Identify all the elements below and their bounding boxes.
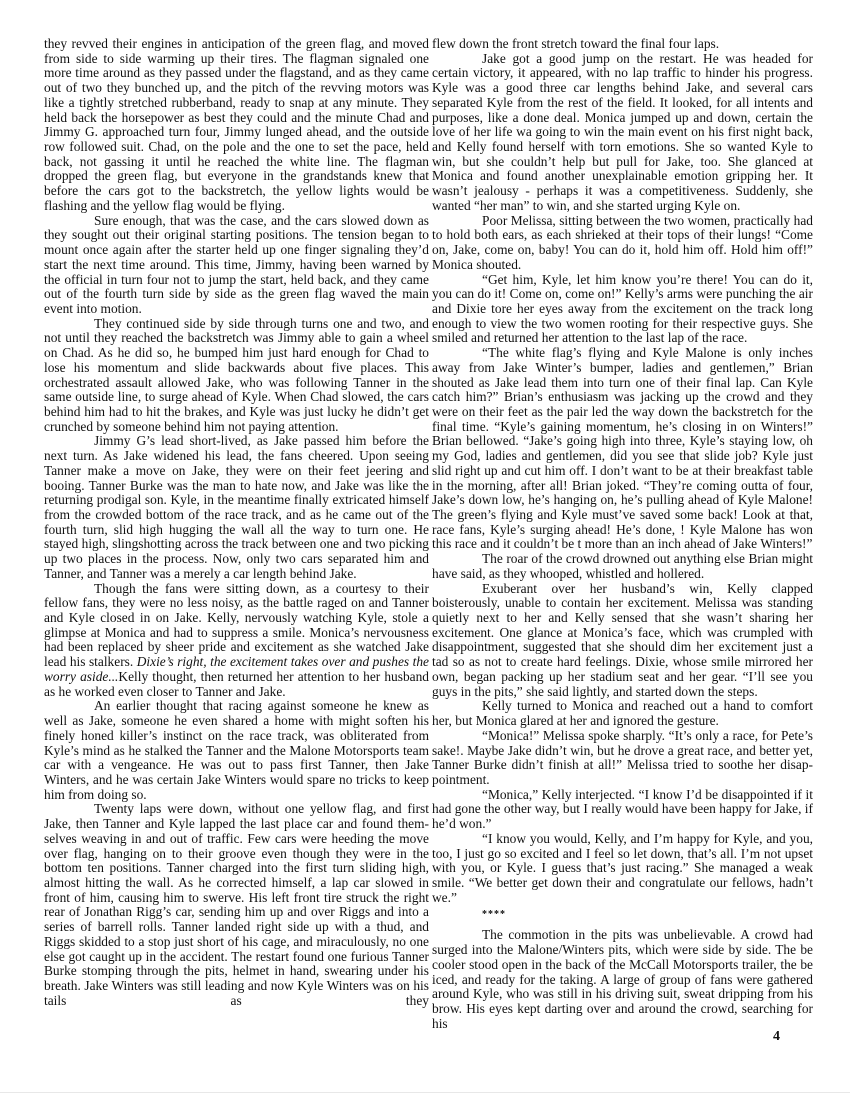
paragraph: Twenty laps were down, without one yello… [44, 802, 429, 1008]
paragraph: The roar of the crowd drowned out anythi… [432, 552, 813, 581]
section-separator: **** [432, 905, 813, 928]
paragraph-continuation: they revved their engines in anticipatio… [44, 37, 429, 214]
paragraph: “Monica!” Melissa spoke sharply. “It’s o… [432, 729, 813, 788]
paragraph: “Get him, Kyle, let him know you’re ther… [432, 273, 813, 347]
paragraph: Exuberant over her husband’s win, Kelly … [432, 582, 813, 700]
paragraph: An earlier thought that racing against s… [44, 699, 429, 802]
page-bottom-edge [0, 1092, 850, 1093]
paragraph-with-italic-thought: Though the fans were sitting down, as a … [44, 582, 429, 700]
paragraph: Jake got a good jump on the restart. He … [432, 52, 813, 214]
left-column: they revved their engines in anticipatio… [44, 37, 429, 1008]
paragraph: They continued side by side through turn… [44, 317, 429, 435]
paragraph: Jimmy G’s lead short-lived, as Jake pass… [44, 434, 429, 581]
paragraph: “The white flag’s flying and Kyle Malone… [432, 346, 813, 552]
paragraph: The commotion in the pits was unbelievab… [432, 928, 813, 1031]
paragraph: “Monica,” Kelly interjected. “I know I’d… [432, 788, 813, 832]
page-number: 4 [773, 1030, 780, 1045]
right-column: flew down the front stretch toward the f… [432, 37, 813, 1031]
document-page: they revved their engines in anticipatio… [0, 0, 850, 1100]
paragraph: Poor Melissa, sitting between the two wo… [432, 214, 813, 273]
paragraph: Kelly turned to Monica and reached out a… [432, 699, 813, 728]
paragraph: “I know you would, Kelly, and I’m happy … [432, 832, 813, 906]
paragraph: Sure enough, that was the case, and the … [44, 214, 429, 317]
paragraph-continuation: flew down the front stretch toward the f… [432, 37, 813, 52]
